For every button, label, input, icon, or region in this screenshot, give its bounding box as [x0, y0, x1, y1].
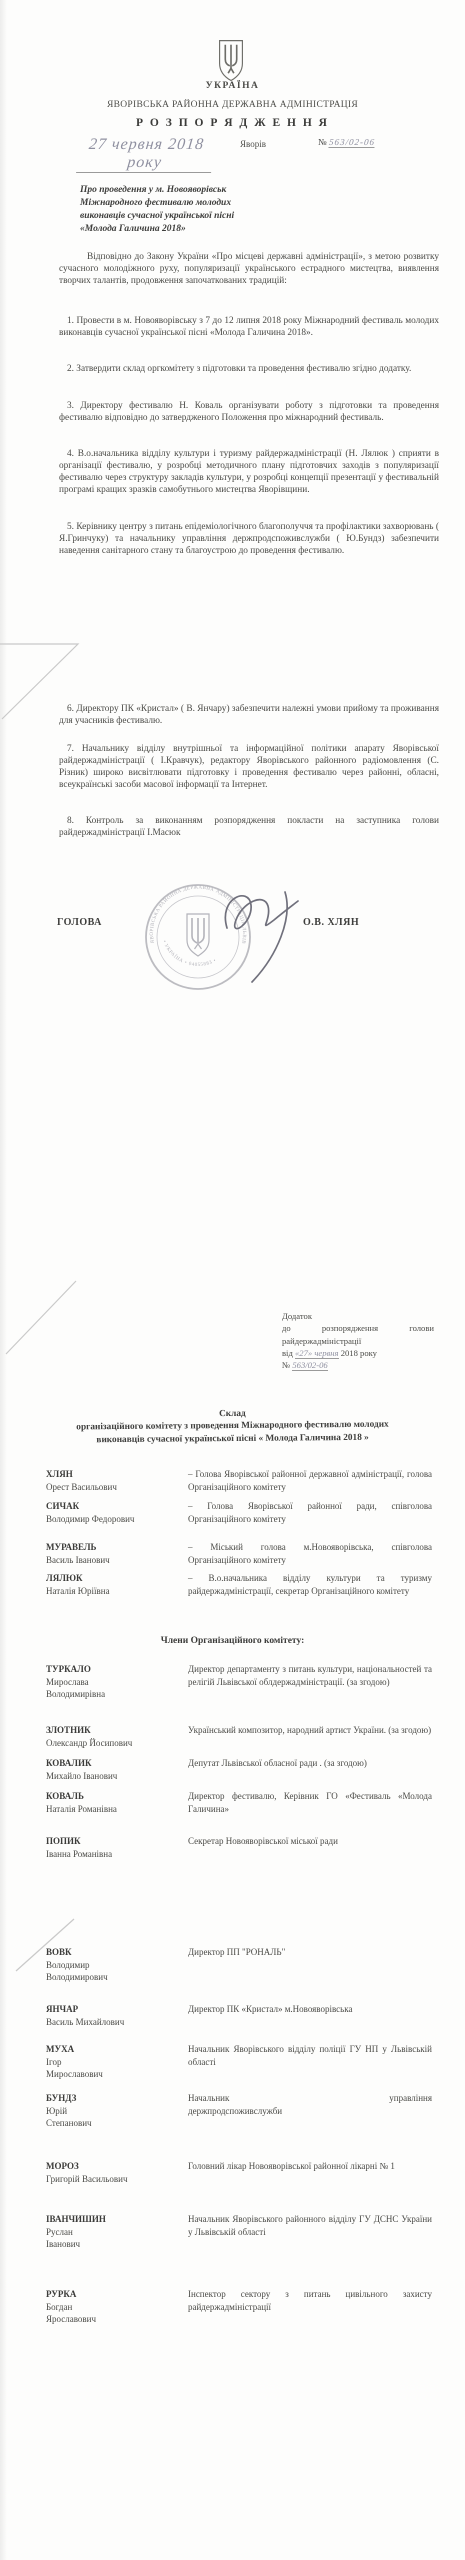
member-surname: ЗЛОТНИК [46, 1724, 166, 1737]
member-role: Директор ПК «Кристал» м.Новояворівська [188, 2003, 432, 2016]
decree-item-1: 1. Провести в м. Новояворівську з 7 до 1… [59, 316, 439, 340]
member-name: РУРКА Богдан Ярославович [46, 2288, 166, 2326]
signer-name: О.В. ХЛЯН [303, 917, 359, 928]
member-surname: КОВАЛИК [46, 1757, 166, 1770]
member-role: Український композитор, народний артист … [188, 1724, 432, 1737]
member-role: Начальник управління держпродспоживслужб… [188, 2092, 432, 2117]
document-title: Про проведення у м. Новояворівськ Міжнар… [80, 184, 305, 236]
annex-date-suffix: 2018 року [341, 1348, 377, 1358]
member-name: МОРОЗ Григорій Васильович [46, 2160, 166, 2185]
title-line: Міжнародного фестивалю молодих [80, 197, 305, 210]
member-given-name: Іванна Романівна [46, 1848, 166, 1861]
decree-item-8: 8. Контроль за виконанням розпорядження … [59, 816, 439, 840]
member-name: КОВАЛЬ Наталія Романівна [46, 1790, 166, 1815]
member-surname: ПОПИК [46, 1835, 166, 1848]
annex-label-line: до розпорядження голови [282, 1322, 434, 1334]
member-role: Секретар Новояворівської міської ради [188, 1835, 432, 1848]
member-surname: ЯНЧАР [46, 2003, 166, 2016]
document-date: 27 червня 2018 року [78, 136, 213, 173]
handwritten-number: 563/02-06 [328, 137, 375, 148]
document-place: Яворів [240, 139, 300, 149]
member-given-name: Мирослава Володимирівна [46, 1676, 166, 1701]
signature-scribble [205, 876, 325, 994]
member-role: – Голова Яворівської районної державної … [188, 1468, 432, 1493]
decree-item-3: 3. Директору фестивалю Н. Коваль організ… [59, 401, 439, 425]
member-name: ЗЛОТНИК Олександр Йосипович [46, 1724, 166, 1749]
annex-label-line: райдержадміністрації [282, 1335, 434, 1347]
signer-role: ГОЛОВА [57, 917, 102, 928]
member-surname: ХЛЯН [46, 1468, 166, 1481]
member-given-name: Володимир Федорович [46, 1513, 166, 1526]
decree-item-4: 4. В.о.начальника відділу культури і тур… [59, 449, 439, 497]
member-given-name: Володимир Володимирович [46, 1959, 166, 1984]
decree-item-5: 5. Керівнику центру з питань епідеміолог… [59, 522, 439, 558]
document-number: № 563/02-06 [318, 137, 436, 148]
decree-item-6: 6. Директору ПК «Кристал» ( В. Янчару) з… [59, 704, 439, 728]
member-role: – В.о.начальника відділу культури та тур… [188, 1572, 432, 1597]
member-name: ЛЯЛЮК Наталія Юріївна [46, 1572, 166, 1597]
member-role: Директор департаменту з питань культури,… [188, 1663, 432, 1688]
member-given-name: Олександр Йосипович [46, 1737, 166, 1750]
member-role: Інспектор сектору з питань цивільного за… [188, 2288, 432, 2313]
member-surname: МУХА [46, 2043, 166, 2056]
member-given-name: Юрій Степанович [46, 2105, 166, 2130]
committee-heading: Склад організаційного комітету з проведе… [30, 1406, 435, 1446]
member-surname: ІВАНЧИШИН [46, 2213, 166, 2226]
member-name: СИЧАК Володимир Федорович [46, 1500, 166, 1525]
annex-reference-block: Додаток до розпорядження голови райдержа… [282, 1310, 434, 1371]
member-name: ХЛЯН Орест Васильович [46, 1468, 166, 1493]
member-role: – Міський голова м.Новояворівська, співг… [188, 1541, 432, 1566]
coat-of-arms-trident-icon [214, 39, 248, 83]
member-name: КОВАЛИК Михайло Іванович [46, 1757, 166, 1782]
member-surname: СИЧАК [46, 1500, 166, 1513]
member-name: ЯНЧАР Василь Михайлович [46, 2003, 166, 2028]
member-name: ПОПИК Іванна Романівна [46, 1835, 166, 1860]
authority-name: ЯВОРІВСЬКА РАЙОННА ДЕРЖАВНА АДМІНІСТРАЦІ… [0, 100, 465, 110]
member-role: Директор ПП "РОНАЛЬ" [188, 1946, 432, 1959]
member-given-name: Орест Васильович [46, 1481, 166, 1494]
member-given-name: Василь Іванович [46, 1554, 166, 1567]
member-given-name: Григорій Васильович [46, 2173, 166, 2186]
handwritten-date: 27 червня 2018 року [76, 136, 215, 173]
member-name: ІВАНЧИШИН Руслан Іванович [46, 2213, 166, 2251]
annex-handwritten-date: «27» червня [295, 1348, 339, 1359]
preamble-paragraph: Відповідно до Закону України «Про місцев… [59, 252, 439, 288]
member-role: – Голова Яворівської районної ради, спів… [188, 1500, 432, 1525]
member-name: ВОВК Володимир Володимирович [46, 1946, 166, 1984]
title-line: Про проведення у м. Новояворівськ [80, 184, 305, 197]
member-role: Директор фестивалю, Керівник ГО «Фестива… [188, 1790, 432, 1815]
title-line: виконавців сучасної української пісні [80, 210, 305, 223]
member-role: Головний лікар Новояворівської районної … [188, 2160, 432, 2173]
member-given-name: Михайло Іванович [46, 1770, 166, 1783]
member-role: Начальник Яворівського відділу поліції Г… [188, 2043, 432, 2068]
annex-number-line: № 563/02-06 [282, 1359, 434, 1371]
annex-number-label: № [282, 1360, 290, 1370]
member-surname: МОРОЗ [46, 2160, 166, 2173]
member-role: Начальник Яворівського районного відділу… [188, 2213, 432, 2238]
annex-handwritten-number: 563/02-06 [292, 1360, 327, 1371]
annex-label-line: Додаток [282, 1310, 434, 1322]
member-surname: БУНДЗ [46, 2092, 166, 2105]
annex-date-line: від «27» червня 2018 року [282, 1347, 434, 1359]
member-given-name: Василь Михайлович [46, 2016, 166, 2029]
member-given-name: Наталія Романівна [46, 1803, 166, 1816]
scanned-document-page: УКРАЇНА ЯВОРІВСЬКА РАЙОННА ДЕРЖАВНА АДМІ… [0, 0, 465, 2560]
country-name: УКРАЇНА [0, 81, 465, 91]
title-line: «Молода Галичина 2018» [80, 223, 305, 236]
members-section-heading: Члени Організаційного комітету: [0, 1636, 465, 1646]
decree-item-2: 2. Затвердити склад оргкомітету з підгот… [59, 364, 439, 376]
member-name: МУХА Ігор Мирославович [46, 2043, 166, 2081]
document-type-heading: Р О З П О Р Я Д Ж Е Н Н Я [0, 117, 465, 129]
number-label: № [318, 137, 327, 147]
member-given-name: Ігор Мирославович [46, 2056, 166, 2081]
annex-date-prefix: від [282, 1348, 293, 1358]
scan-edge-shadow [0, 0, 7, 2560]
member-surname: ЛЯЛЮК [46, 1572, 166, 1585]
member-surname: ВОВК [46, 1946, 166, 1959]
member-given-name: Руслан Іванович [46, 2226, 166, 2251]
member-given-name: Наталія Юріївна [46, 1585, 166, 1598]
member-name: БУНДЗ Юрій Степанович [46, 2092, 166, 2130]
decree-item-7: 7. Начальнику відділу внутрішньої та інф… [59, 744, 439, 792]
member-surname: ТУРКАЛО [46, 1663, 166, 1676]
member-role: Депутат Львівської обласної ради . (за з… [188, 1757, 432, 1770]
member-name: МУРАВЕЛЬ Василь Іванович [46, 1541, 166, 1566]
member-given-name: Богдан Ярославович [46, 2301, 166, 2326]
member-surname: КОВАЛЬ [46, 1790, 166, 1803]
member-surname: РУРКА [46, 2288, 166, 2301]
member-name: ТУРКАЛО Мирослава Володимирівна [46, 1663, 166, 1701]
member-surname: МУРАВЕЛЬ [46, 1541, 166, 1554]
